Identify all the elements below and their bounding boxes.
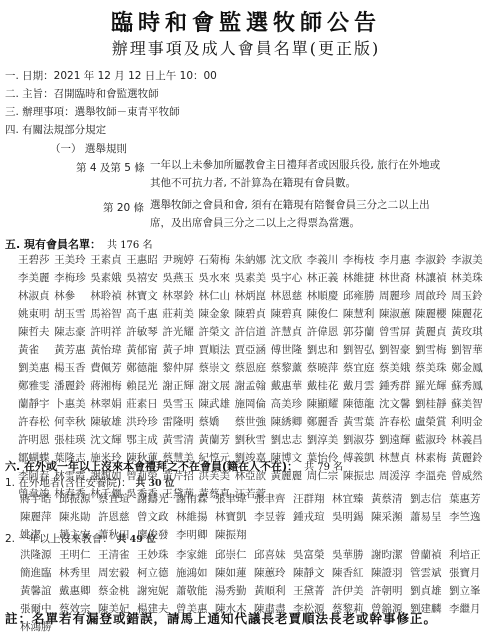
member-name: 李家維 <box>176 546 215 564</box>
member-name: 林世裔 <box>379 269 415 287</box>
member-name: 曾雪屏 <box>379 323 415 341</box>
member-name: 蕭敬能 <box>176 582 215 600</box>
member-name: 蔣宇皓 <box>20 490 59 508</box>
member-name: 陳顯耀 <box>307 395 343 413</box>
member-name: 卜惠美 <box>54 395 90 413</box>
member-name: 許恩慈 <box>98 508 137 526</box>
member-name: 吳素娥 <box>90 269 126 287</box>
member-name: 王碧莎 <box>18 251 54 269</box>
member-name: 黃雪葉 <box>343 413 379 431</box>
member-name: 潘麗鈴 <box>54 377 90 395</box>
member-name: 戴桂花 <box>307 377 343 395</box>
member-name: 黃麗貞 <box>415 323 451 341</box>
rule-article-4-5: 第 4 及第 5 條 <box>76 160 145 175</box>
member-name: 劉淑芬 <box>343 431 379 449</box>
member-name: 李繼月 <box>449 600 488 618</box>
member-name: 施岡倫 <box>235 395 271 413</box>
member-name: 劉忠和 <box>307 341 343 359</box>
member-name: 蔡宜庭 <box>343 359 379 377</box>
member-name: 鄭金鳳 <box>451 359 487 377</box>
member-name: 陳證羽 <box>371 564 410 582</box>
member-name: 沈文輝 <box>90 431 126 449</box>
member-name: 陳如蓮 <box>215 564 254 582</box>
member-name: 許敏琴 <box>126 323 162 341</box>
rule-text-4-5: 一年以上未參加所屬教會主日禮拜者或因服兵役, 旅行在外地或其他不可抗力者, 不計… <box>150 156 450 192</box>
rules-heading: （一） 選舉規則 <box>50 141 127 156</box>
member-name: 林翠娟 <box>90 395 126 413</box>
member-name: 林宜臻 <box>332 490 371 508</box>
member-name: 林秀里 <box>59 564 98 582</box>
member-name: 王明仁 <box>59 546 98 564</box>
member-name: 利明金 <box>451 413 487 431</box>
member-name: 陳麗萍 <box>20 508 59 526</box>
member-name: 吳燕玉 <box>162 269 198 287</box>
member-name: 王黛菁 <box>293 582 332 600</box>
item-date: 一. 日期：2021 年 12 月 12 日上午 10：00 <box>5 68 217 83</box>
member-name: 吳素美 <box>235 269 271 287</box>
member-name: 周啟玲 <box>415 287 451 305</box>
member-name: 謝宛妮 <box>137 582 176 600</box>
member-name: 蔡美珠 <box>415 359 451 377</box>
member-name: 蕭易呈 <box>410 508 449 526</box>
member-name: 蔡黎薰 <box>271 359 307 377</box>
member-name: 李義川 <box>307 251 343 269</box>
member-name: 周湲淳 <box>379 467 415 485</box>
member-name: 曾威然 <box>451 467 487 485</box>
member-name: 陳金象 <box>198 305 234 323</box>
member-name: 劉淳美 <box>307 431 343 449</box>
item-purpose: 二. 主旨：召開臨時和會監選牧師 <box>5 86 159 101</box>
group1-heading: 1. 在外地者(含住安養院)：共 30 位 <box>5 475 174 490</box>
member-name: 李竺逸 <box>449 508 488 526</box>
member-name: 陳淑蕙 <box>379 305 415 323</box>
member-name: 劉美惠 <box>18 359 54 377</box>
member-name: 邱崇仁 <box>215 546 254 564</box>
member-name: 陳振忠 <box>343 467 379 485</box>
member-name: 王美玲 <box>54 251 90 269</box>
member-name: 黃麗鈴 <box>451 449 487 467</box>
member-name: 賈亞涵 <box>235 341 271 359</box>
member-name: 林順慶 <box>307 287 343 305</box>
member-name: 黃芳惠 <box>54 341 90 359</box>
member-name: 陳慧利 <box>343 305 379 323</box>
member-name: 許明祥 <box>90 323 126 341</box>
member-name: 鍾秀群 <box>379 377 415 395</box>
member-name: 陳兆勛 <box>59 508 98 526</box>
member-name: 陳敏雄 <box>90 413 126 431</box>
member-name: 尹琬婷 <box>162 251 198 269</box>
group2-count: 共 49 位 <box>117 534 156 545</box>
member-name: 許明恩 <box>18 431 54 449</box>
member-name: 黎仲屏 <box>162 359 198 377</box>
member-name: 陳振翔 <box>215 526 254 544</box>
member-name: 陳綉卿 <box>271 413 307 431</box>
member-name: 邱振源 <box>59 490 98 508</box>
member-name: 蔡世強 <box>235 413 271 431</box>
announcement-page: 臨時和會監選牧師公告 辦理事項及成人會員名單(更正版) 一. 日期：2021 年… <box>0 0 492 639</box>
member-name: 林正義 <box>307 269 343 287</box>
member-name: 陳靜文 <box>293 564 332 582</box>
member-name: 馬裕智 <box>90 305 126 323</box>
member-name: 劉秋雪 <box>235 431 271 449</box>
member-name: 吳禧安 <box>126 269 162 287</box>
member-name: 劉桂靜 <box>415 395 451 413</box>
member-name: 林寶凱 <box>215 508 254 526</box>
member-name: 林寶文 <box>126 287 162 305</box>
member-name: 劉智豪 <box>379 341 415 359</box>
member-name: 何幸秋 <box>54 413 90 431</box>
member-name: 吳華勝 <box>332 546 371 564</box>
member-name: 蔡崇文 <box>198 359 234 377</box>
member-name: 吳雪玉 <box>162 395 198 413</box>
member-name: 簡進臨 <box>20 564 59 582</box>
member-name: 許慧貞 <box>271 323 307 341</box>
document-subtitle: 辦理事項及成人會員名單(更正版) <box>0 36 492 59</box>
member-name: 許伊美 <box>332 582 371 600</box>
member-name: 蘇秀鳳 <box>451 377 487 395</box>
member-name: 謝文展 <box>198 377 234 395</box>
member-name: 胡玉雪 <box>54 305 90 323</box>
member-name: 林維捷 <box>343 269 379 287</box>
member-name: 陳俊仁 <box>307 305 343 323</box>
member-name: 葉惠芳 <box>449 490 488 508</box>
member-name: 汪群翔 <box>293 490 332 508</box>
member-name: 林慧貞 <box>379 449 415 467</box>
member-name: 洪隆源 <box>20 546 59 564</box>
member-name: 鍾戎瑄 <box>293 508 332 526</box>
member-name: 鄭麗香 <box>307 413 343 431</box>
member-name: 傅義凱 <box>343 449 379 467</box>
member-name: 許榮文 <box>198 323 234 341</box>
member-name: 黃雀 <box>18 341 54 359</box>
member-name: 管雲斌 <box>410 564 449 582</box>
member-name: 周玉鈴 <box>451 287 487 305</box>
member-name: 林炳崑 <box>235 287 271 305</box>
member-name: 莊素日 <box>126 395 162 413</box>
member-name: 陳哲夫 <box>18 323 54 341</box>
member-name: 林美珠 <box>451 269 487 287</box>
member-name: 黃蘭芳 <box>198 431 234 449</box>
member-name: 陳碧真 <box>271 305 307 323</box>
member-name: 曾蘭禎 <box>410 546 449 564</box>
rule-text-20: 選舉牧師之會員和會, 須有在籍現有陪餐會員三分之二以上出席，及出席會員三分之二以… <box>150 196 450 232</box>
member-name: 劉遠輝 <box>379 431 415 449</box>
section6-title: 六. 在外或一年以上沒來本會禮拜之不在會員(籍在人不在)： <box>5 460 298 473</box>
footer-note: 註：名單若有漏登或錯誤，請馬上通知代議長老賈順法長老或幹事修正。 <box>5 609 437 627</box>
section5-heading: 五. 現有會員名單：共 176 名 <box>5 236 152 252</box>
member-name: 李梅枝 <box>343 251 379 269</box>
member-name: 劉志信 <box>410 490 449 508</box>
member-name: 蔡曉萍 <box>307 359 343 377</box>
member-name: 劉貞雄 <box>410 582 449 600</box>
member-name: 許春松 <box>379 413 415 431</box>
member-name: 林義昌 <box>451 431 487 449</box>
member-name: 傅世隆 <box>271 341 307 359</box>
section6-count: 共 79 名 <box>304 462 343 473</box>
section5-title: 五. 現有會員名單： <box>5 238 101 251</box>
member-name: 藍淑玲 <box>415 431 451 449</box>
member-name: 石菊梅 <box>198 251 234 269</box>
section6-heading: 六. 在外或一年以上沒來本會禮拜之不在會員(籍在人不在)：共 79 名 <box>5 458 343 474</box>
member-name: 李昱蓉 <box>254 508 293 526</box>
member-name: 戴月雲 <box>343 377 379 395</box>
item-regulations: 四. 有關法規部分規定 <box>5 122 106 137</box>
member-name: 林翠鈴 <box>162 287 198 305</box>
member-name: 王妙珠 <box>137 546 176 564</box>
group2-heading: 2. 一年以上沒來教會：共 49 位 <box>5 531 156 546</box>
member-name: 賈順法 <box>198 341 234 359</box>
member-name: 李明卿 <box>176 526 215 544</box>
member-name: 林恩慈 <box>271 287 307 305</box>
document-title: 臨時和會監選牧師公告 <box>0 6 492 37</box>
member-name: 邱雍勝 <box>343 287 379 305</box>
member-name: 黃玫琪 <box>451 323 487 341</box>
member-name: 戴惠卿 <box>59 582 98 600</box>
member-name: 張桂瑛 <box>54 431 90 449</box>
member-name: 許偉恩 <box>307 323 343 341</box>
member-name: 吳宇心 <box>271 269 307 287</box>
member-name: 沈文欣 <box>271 251 307 269</box>
member-name: 周宏毅 <box>98 564 137 582</box>
member-name: 陳麗花 <box>451 305 487 323</box>
member-name: 吳明錫 <box>332 508 371 526</box>
member-name: 鄭雅雯 <box>18 377 54 395</box>
member-name: 黃郁甯 <box>126 341 162 359</box>
member-name: 莊莉美 <box>162 305 198 323</box>
member-name: 陳香紅 <box>332 564 371 582</box>
member-name: 謝孟翰 <box>235 377 271 395</box>
member-name: 利培正 <box>449 546 488 564</box>
member-name: 劉雪梅 <box>415 341 451 359</box>
section5-count: 共 176 名 <box>107 240 152 251</box>
member-name: 李美麗 <box>18 269 54 287</box>
member-name: 姚東明 <box>18 305 54 323</box>
member-name: 張聿齊 <box>254 490 293 508</box>
member-name: 陳碧貞 <box>235 305 271 323</box>
member-name: 許光耀 <box>162 323 198 341</box>
rule-article-20: 第 20 條 <box>103 200 144 215</box>
member-name: 李溫堯 <box>415 467 451 485</box>
member-name: 李淑鈴 <box>415 251 451 269</box>
member-name: 劉智弘 <box>343 341 379 359</box>
member-name: 許朝明 <box>371 582 410 600</box>
member-name: 王惠昭 <box>126 251 162 269</box>
member-name: 施鴻如 <box>176 564 215 582</box>
member-name: 黃順利 <box>254 582 293 600</box>
member-name: 林淑貞 <box>18 287 54 305</box>
member-name: 陳德龍 <box>343 395 379 413</box>
member-name: 陳采瀕 <box>371 508 410 526</box>
member-name: 高美珍 <box>271 395 307 413</box>
member-name: 張聿瑋 <box>215 490 254 508</box>
member-name: 郭芬蘭 <box>343 323 379 341</box>
member-name: 蔡嬌 <box>198 413 234 431</box>
group2-title: 2. 一年以上沒來教會： <box>5 533 113 545</box>
member-name: 湯秀勤 <box>215 582 254 600</box>
member-name: 蔡金桃 <box>98 582 137 600</box>
member-name: 曾文政 <box>137 508 176 526</box>
member-name: 蘇美智 <box>451 395 487 413</box>
member-name: 吳富榮 <box>293 546 332 564</box>
member-name: 戴惠華 <box>271 377 307 395</box>
member-name: 鄂主成 <box>126 431 162 449</box>
member-name: 陳蕙玲 <box>254 564 293 582</box>
member-name: 羅光輝 <box>415 377 451 395</box>
member-name: 許春松 <box>18 413 54 431</box>
member-name: 謝鑄光 <box>137 490 176 508</box>
group1-title: 1. 在外地者(含住安養院)： <box>5 477 132 489</box>
member-name: 賴昆光 <box>126 377 162 395</box>
member-name: 王素貞 <box>90 251 126 269</box>
member-name: 陳麗櫻 <box>415 305 451 323</box>
group1-count: 共 30 位 <box>136 478 175 489</box>
member-name: 邱喜妹 <box>254 546 293 564</box>
member-name: 蔣湘梅 <box>90 377 126 395</box>
member-name: 林仁山 <box>198 287 234 305</box>
member-name: 費佩芳 <box>90 359 126 377</box>
member-name: 朱納娜 <box>235 251 271 269</box>
member-name: 黃怡瑋 <box>90 341 126 359</box>
member-name: 王清雀 <box>98 546 137 564</box>
member-name: 謝侑霖 <box>176 490 215 508</box>
member-name: 張寶月 <box>449 564 488 582</box>
member-name: 李淑美 <box>451 251 487 269</box>
member-name: 陳武雄 <box>198 395 234 413</box>
member-name: 高千惠 <box>126 305 162 323</box>
member-name: 李梅珍 <box>54 269 90 287</box>
member-name: 劉立峯 <box>449 582 488 600</box>
member-name: 林素梅 <box>415 449 451 467</box>
member-name: 許信道 <box>235 323 271 341</box>
member-name: 劉忠志 <box>271 431 307 449</box>
member-name: 陳志豪 <box>54 323 90 341</box>
member-name: 林聆禎 <box>90 287 126 305</box>
member-name: 林參 <box>54 287 90 305</box>
member-name: 蘭靜宇 <box>18 395 54 413</box>
member-name: 黃雪清 <box>162 431 198 449</box>
member-name: 林維揚 <box>176 508 215 526</box>
member-name: 黃馨誼 <box>20 582 59 600</box>
member-name: 蔡宜瑄 <box>98 490 137 508</box>
member-name: 蔡美娥 <box>379 359 415 377</box>
member-name: 雷隆明 <box>162 413 198 431</box>
member-name: 鄭德龍 <box>126 359 162 377</box>
member-name: 李月惠 <box>379 251 415 269</box>
item-matter: 三. 辦理事項：選舉牧師－東青平牧師 <box>5 104 180 119</box>
member-name: 謝正輝 <box>162 377 198 395</box>
member-name: 劉智華 <box>451 341 487 359</box>
member-name: 沈文馨 <box>379 395 415 413</box>
member-name: 謝昀潔 <box>371 546 410 564</box>
member-name: 黃蔡清 <box>371 490 410 508</box>
member-name: 楊玉香 <box>54 359 90 377</box>
member-name: 林讓禎 <box>415 269 451 287</box>
member-name: 盧榮賞 <box>415 413 451 431</box>
member-name: 吳水來 <box>198 269 234 287</box>
member-name: 黃子坤 <box>162 341 198 359</box>
member-name: 周麗珍 <box>379 287 415 305</box>
member-name: 柯立德 <box>137 564 176 582</box>
member-name: 洪玲珍 <box>126 413 162 431</box>
member-name: 蔡恩庭 <box>235 359 271 377</box>
